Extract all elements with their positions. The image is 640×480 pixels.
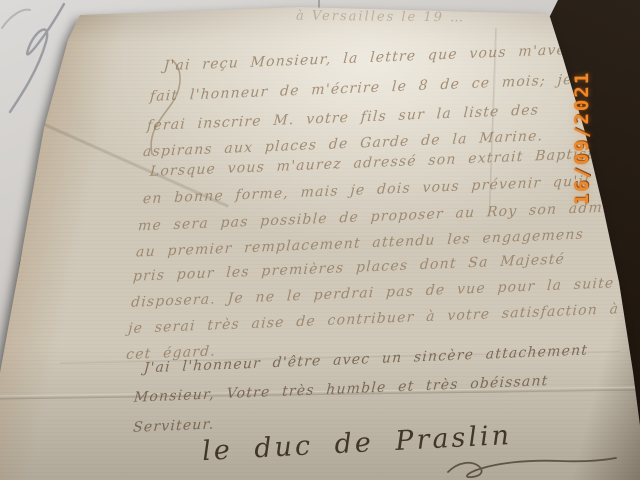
letter-line: fait l'honneur de m'écrire le 8 de ce mo…: [149, 72, 573, 105]
letter-line: Serviteur.: [133, 416, 215, 435]
letter-line: ferai inscrire M. votre fils sur la list…: [146, 102, 539, 134]
letter-sheet-wrap: à Versailles le 19 … J'ai reçu Monsieur,…: [0, 0, 640, 480]
letter-sheet: à Versailles le 19 … J'ai reçu Monsieur,…: [0, 0, 640, 480]
letter-body: J'ai reçu Monsieur, la lettre que vous m…: [120, 32, 636, 452]
signature-flourish-icon: [440, 448, 620, 480]
photographed-letter: à Versailles le 19 … J'ai reçu Monsieur,…: [0, 0, 640, 480]
camera-date-stamp: 16/09/2021: [569, 58, 595, 218]
letter-line: J'ai reçu Monsieur, la lettre que vous m…: [163, 42, 575, 75]
letter-line: Monsieur, Votre très humble et très obéi…: [133, 373, 549, 406]
letter-dateline: à Versailles le 19 …: [296, 9, 556, 27]
